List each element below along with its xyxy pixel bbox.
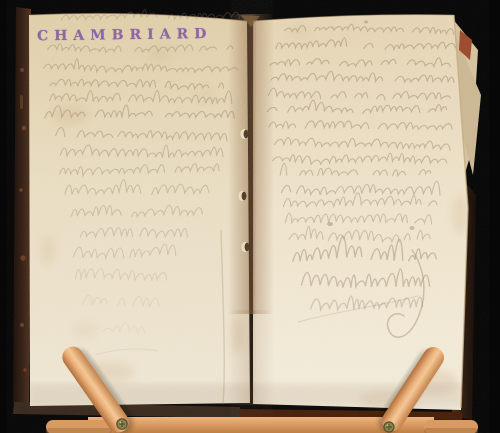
left-screw <box>117 419 127 429</box>
paper-grain-left <box>29 13 250 406</box>
right-screw <box>384 422 394 432</box>
stand-knob-shade-right <box>424 428 478 433</box>
photo-scene: CHAMBRIARD <box>0 0 500 433</box>
stand-knob-shade-left <box>46 428 112 433</box>
left-cover-edge <box>13 7 31 406</box>
book-photo-svg <box>0 0 500 433</box>
